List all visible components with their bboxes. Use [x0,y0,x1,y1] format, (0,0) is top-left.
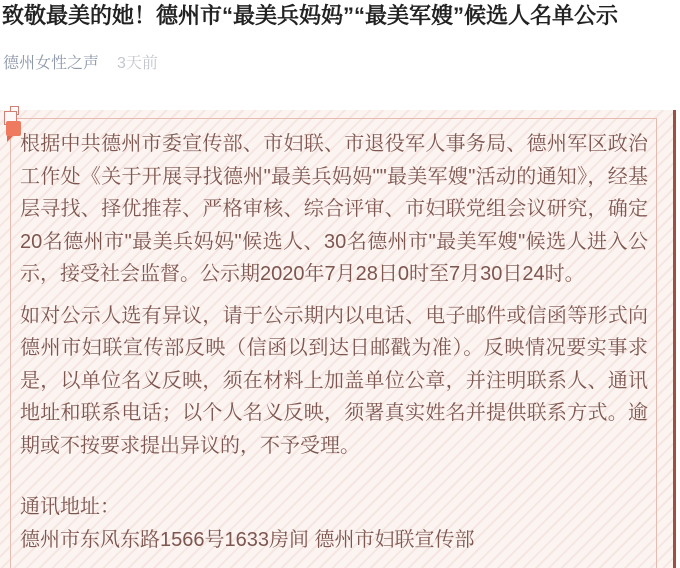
pushpin-icon-point [7,136,13,142]
account-name-link[interactable]: 德州女性之声 [3,55,99,72]
pushpin-icon-body [6,121,21,136]
address-value: 德州市东风东路1566号1633房间 德州市妇联宣传部 [20,524,648,557]
notice-image-panel: 根据中共德州市委宣传部、市妇联、市退役军人事务局、德州军区政治工作处《关于开展寻… [0,110,676,568]
notice-text: 根据中共德州市委宣传部、市妇联、市退役军人事务局、德州军区政治工作处《关于开展寻… [20,128,648,556]
article-title: 致敬最美的她！德州市“最美兵妈妈”“最美军嫂”候选人名单公示 [2,1,678,31]
byline: 德州女性之声3天前 [3,50,158,73]
publish-time: 3天前 [117,55,158,72]
article-page: 致敬最美的她！德州市“最美兵妈妈”“最美军嫂”候选人名单公示 德州女性之声3天前… [0,0,680,568]
notice-paragraph: 根据中共德州市委宣传部、市妇联、市退役军人事务局、德州军区政治工作处《关于开展寻… [20,128,648,291]
notice-paragraph: 如对公示人选有异议，请于公示期内以电话、电子邮件或信函等形式向德州市妇联宣传部反… [20,300,648,463]
address-label: 通讯地址： [20,491,648,524]
